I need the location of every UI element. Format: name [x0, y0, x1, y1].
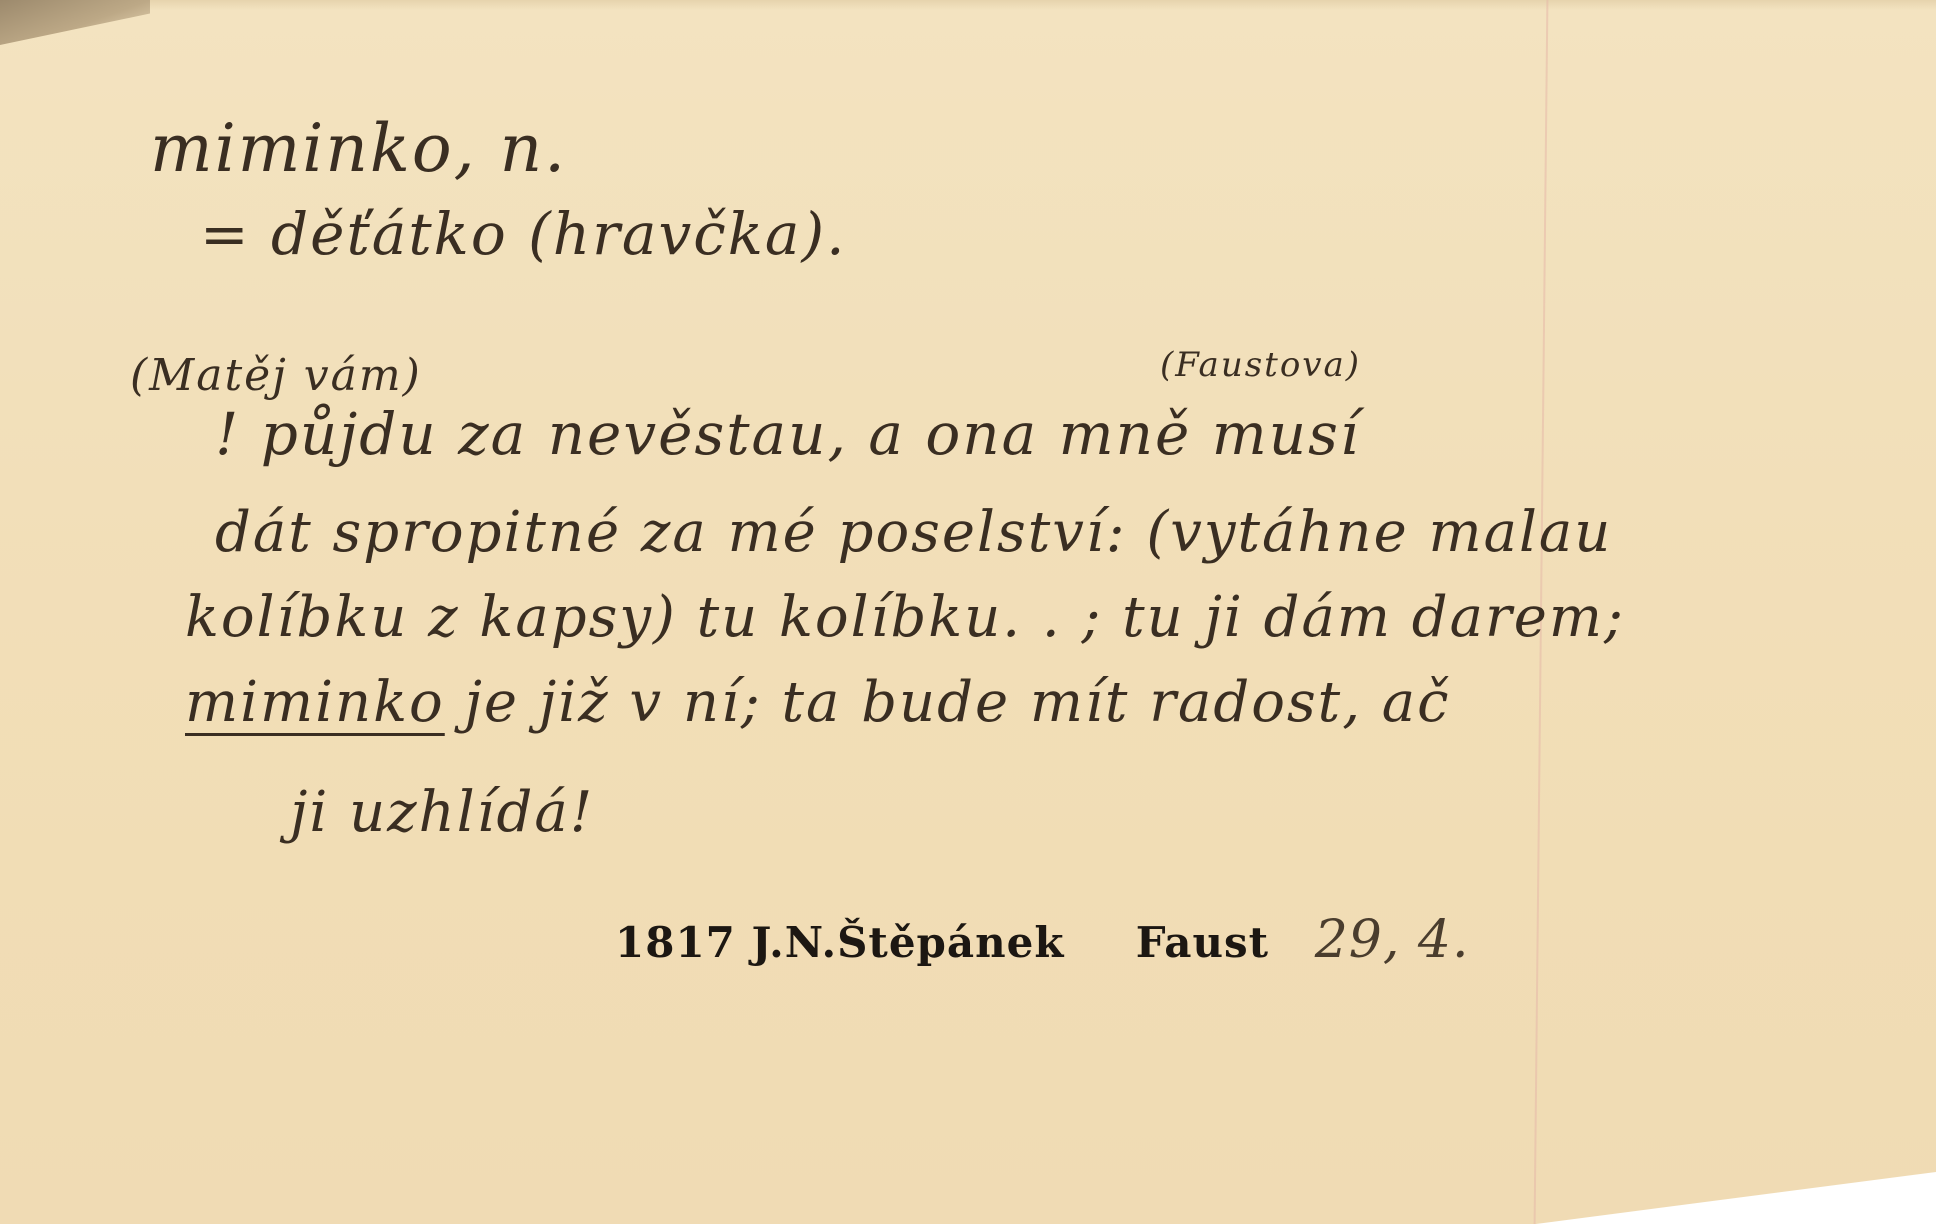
stamp-number: 1817	[615, 918, 736, 967]
underlined-headword: miminko	[185, 670, 445, 735]
headword: miminko, n.	[150, 110, 567, 187]
card-top-edge	[150, 0, 1936, 10]
definition: = děťátko (hravčka).	[200, 200, 847, 268]
stamp-locator: 29, 4.	[1315, 910, 1470, 970]
quote-line-1: ! půjdu za nevěstau, a ona mně musí	[215, 400, 1360, 468]
stamp-work: Faust	[1136, 918, 1269, 967]
corner-shadow	[0, 0, 150, 45]
quote-line-4: miminko je již v ní; ta bude mít radost,…	[185, 670, 1451, 735]
source-stamp: 1817 J.N.Štěpánek Faust 29, 4.	[615, 910, 1470, 970]
quote-line-4-rest: je již v ní; ta bude mít radost, ač	[445, 670, 1451, 735]
quote-line-5: ji uzhlídá!	[290, 780, 594, 845]
quote-line-3: kolíbku z kapsy) tu kolíbku. . ; tu ji d…	[185, 585, 1625, 650]
quote-line-2: dát spropitné za mé poselství: (vytáhne …	[215, 500, 1612, 565]
interlinear-note: (Faustova)	[1160, 345, 1361, 385]
speaker-note: (Matěj vám)	[130, 350, 422, 401]
index-card: miminko, n. = děťátko (hravčka). (Matěj …	[0, 0, 1936, 1224]
stamp-author: J.N.Štěpánek	[752, 918, 1065, 967]
